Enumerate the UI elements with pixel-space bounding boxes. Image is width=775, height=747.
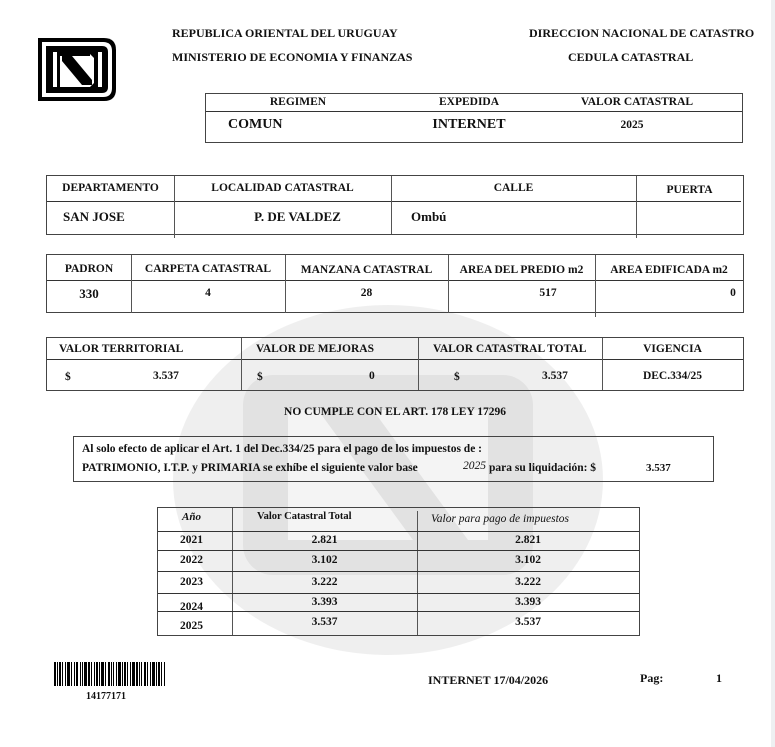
valor-catastral-total-label: VALOR CATASTRAL TOTAL (433, 343, 586, 355)
tax-base-year: 2025 (463, 460, 486, 472)
history-header-year: Año (182, 511, 201, 523)
compliance-notice: NO CUMPLE CON EL ART. 178 LEY 17296 (46, 406, 744, 418)
page-edge (771, 0, 775, 747)
departamento-value: SAN JOSE (63, 209, 125, 225)
history-tax-value: 3.102 (417, 554, 639, 566)
history-year: 2023 (180, 576, 203, 588)
history-total-value: 3.102 (232, 554, 417, 566)
valor-catastral-label: VALOR CATASTRAL (548, 96, 726, 108)
valuation-box: VALOR TERRITORIAL VALOR DE MEJORAS VALOR… (46, 337, 744, 391)
padron-value: 330 (47, 286, 131, 302)
history-tax-value: 3.393 (417, 596, 639, 608)
area-edificada-value: 0 (595, 287, 775, 299)
header-ministry: MINISTERIO DE ECONOMIA Y FINANZAS (172, 50, 412, 65)
calle-label: CALLE (391, 182, 636, 194)
tax-base-line1: Al solo efecto de aplicar el Art. 1 del … (82, 443, 482, 455)
page-label: Pag: (640, 671, 663, 686)
departamento-label: DEPARTAMENTO (47, 182, 174, 194)
vigencia-value: DEC.334/25 (602, 370, 743, 382)
barcode-number: 14177171 (86, 691, 126, 702)
barcode-icon (54, 662, 236, 686)
issued-stamp: INTERNET 17/04/2026 (428, 673, 548, 688)
history-total-value: 3.393 (232, 596, 417, 608)
header-republic: REPUBLICA ORIENTAL DEL URUGUAY (172, 26, 398, 41)
vigencia-label: VIGENCIA (602, 343, 743, 355)
expedida-label: EXPEDIDA (390, 96, 548, 108)
total-currency: $ (454, 371, 460, 383)
tax-base-box: Al solo efecto de aplicar el Art. 1 del … (73, 436, 714, 482)
padron-label: PADRON (47, 263, 131, 275)
location-box: DEPARTAMENTO LOCALIDAD CATASTRAL CALLE P… (46, 175, 744, 235)
tax-base-amount: 3.537 (646, 462, 671, 474)
history-total-value: 3.222 (232, 576, 417, 588)
history-year: 2024 (180, 601, 203, 613)
regimen-value: COMUN (228, 117, 282, 133)
manzana-label: MANZANA CATASTRAL (285, 264, 448, 276)
header-document-title: CEDULA CATASTRAL (568, 50, 693, 65)
calle-value: Ombú (411, 209, 446, 225)
localidad-value: P. DE VALDEZ (174, 209, 421, 225)
history-total-value: 3.537 (232, 616, 417, 628)
history-header-tax: Valor para pago de impuestos (431, 513, 569, 525)
dnc-logo-icon (38, 38, 116, 101)
valor-territorial-value: 3.537 (153, 370, 179, 382)
history-year: 2025 (180, 620, 203, 632)
summary-box: REGIMEN EXPEDIDA VALOR CATASTRAL COMUN I… (205, 93, 743, 143)
puerta-label: PUERTA (636, 184, 743, 196)
parcel-box: PADRON CARPETA CATASTRAL MANZANA CATASTR… (46, 254, 744, 313)
header-direction: DIRECCION NACIONAL DE CATASTRO (529, 26, 754, 41)
area-predio-label: AREA DEL PREDIO m2 (448, 264, 595, 276)
regimen-label: REGIMEN (206, 96, 390, 108)
valor-mejoras-label: VALOR DE MEJORAS (256, 343, 374, 355)
territorial-currency: $ (65, 371, 71, 383)
page-number: 1 (716, 671, 722, 686)
valor-territorial-label: VALOR TERRITORIAL (59, 343, 183, 355)
history-year: 2021 (180, 534, 203, 546)
expedida-value: INTERNET (390, 117, 548, 133)
localidad-label: LOCALIDAD CATASTRAL (174, 182, 391, 194)
history-table: Año Valor Catastral Total Valor para pag… (157, 507, 640, 636)
history-tax-value: 2.821 (417, 534, 639, 546)
history-header-total: Valor Catastral Total (257, 511, 352, 522)
area-edificada-label: AREA EDIFICADA m2 (595, 264, 743, 276)
tax-base-line2-suffix: para su liquidación: $ (489, 462, 596, 474)
history-year: 2022 (180, 554, 203, 566)
valor-catastral-total-value: 3.537 (542, 370, 568, 382)
carpeta-label: CARPETA CATASTRAL (131, 263, 285, 275)
manzana-value: 28 (285, 287, 448, 299)
history-total-value: 2.821 (232, 534, 417, 546)
history-tax-value: 3.537 (417, 616, 639, 628)
valor-catastral-year: 2025 (548, 119, 716, 131)
mejoras-currency: $ (257, 371, 263, 383)
carpeta-value: 4 (131, 287, 285, 299)
tax-base-line2: PATRIMONIO, I.T.P. y PRIMARIA se exhíbe … (82, 462, 418, 474)
valor-mejoras-value: 0 (369, 370, 375, 382)
history-tax-value: 3.222 (417, 576, 639, 588)
